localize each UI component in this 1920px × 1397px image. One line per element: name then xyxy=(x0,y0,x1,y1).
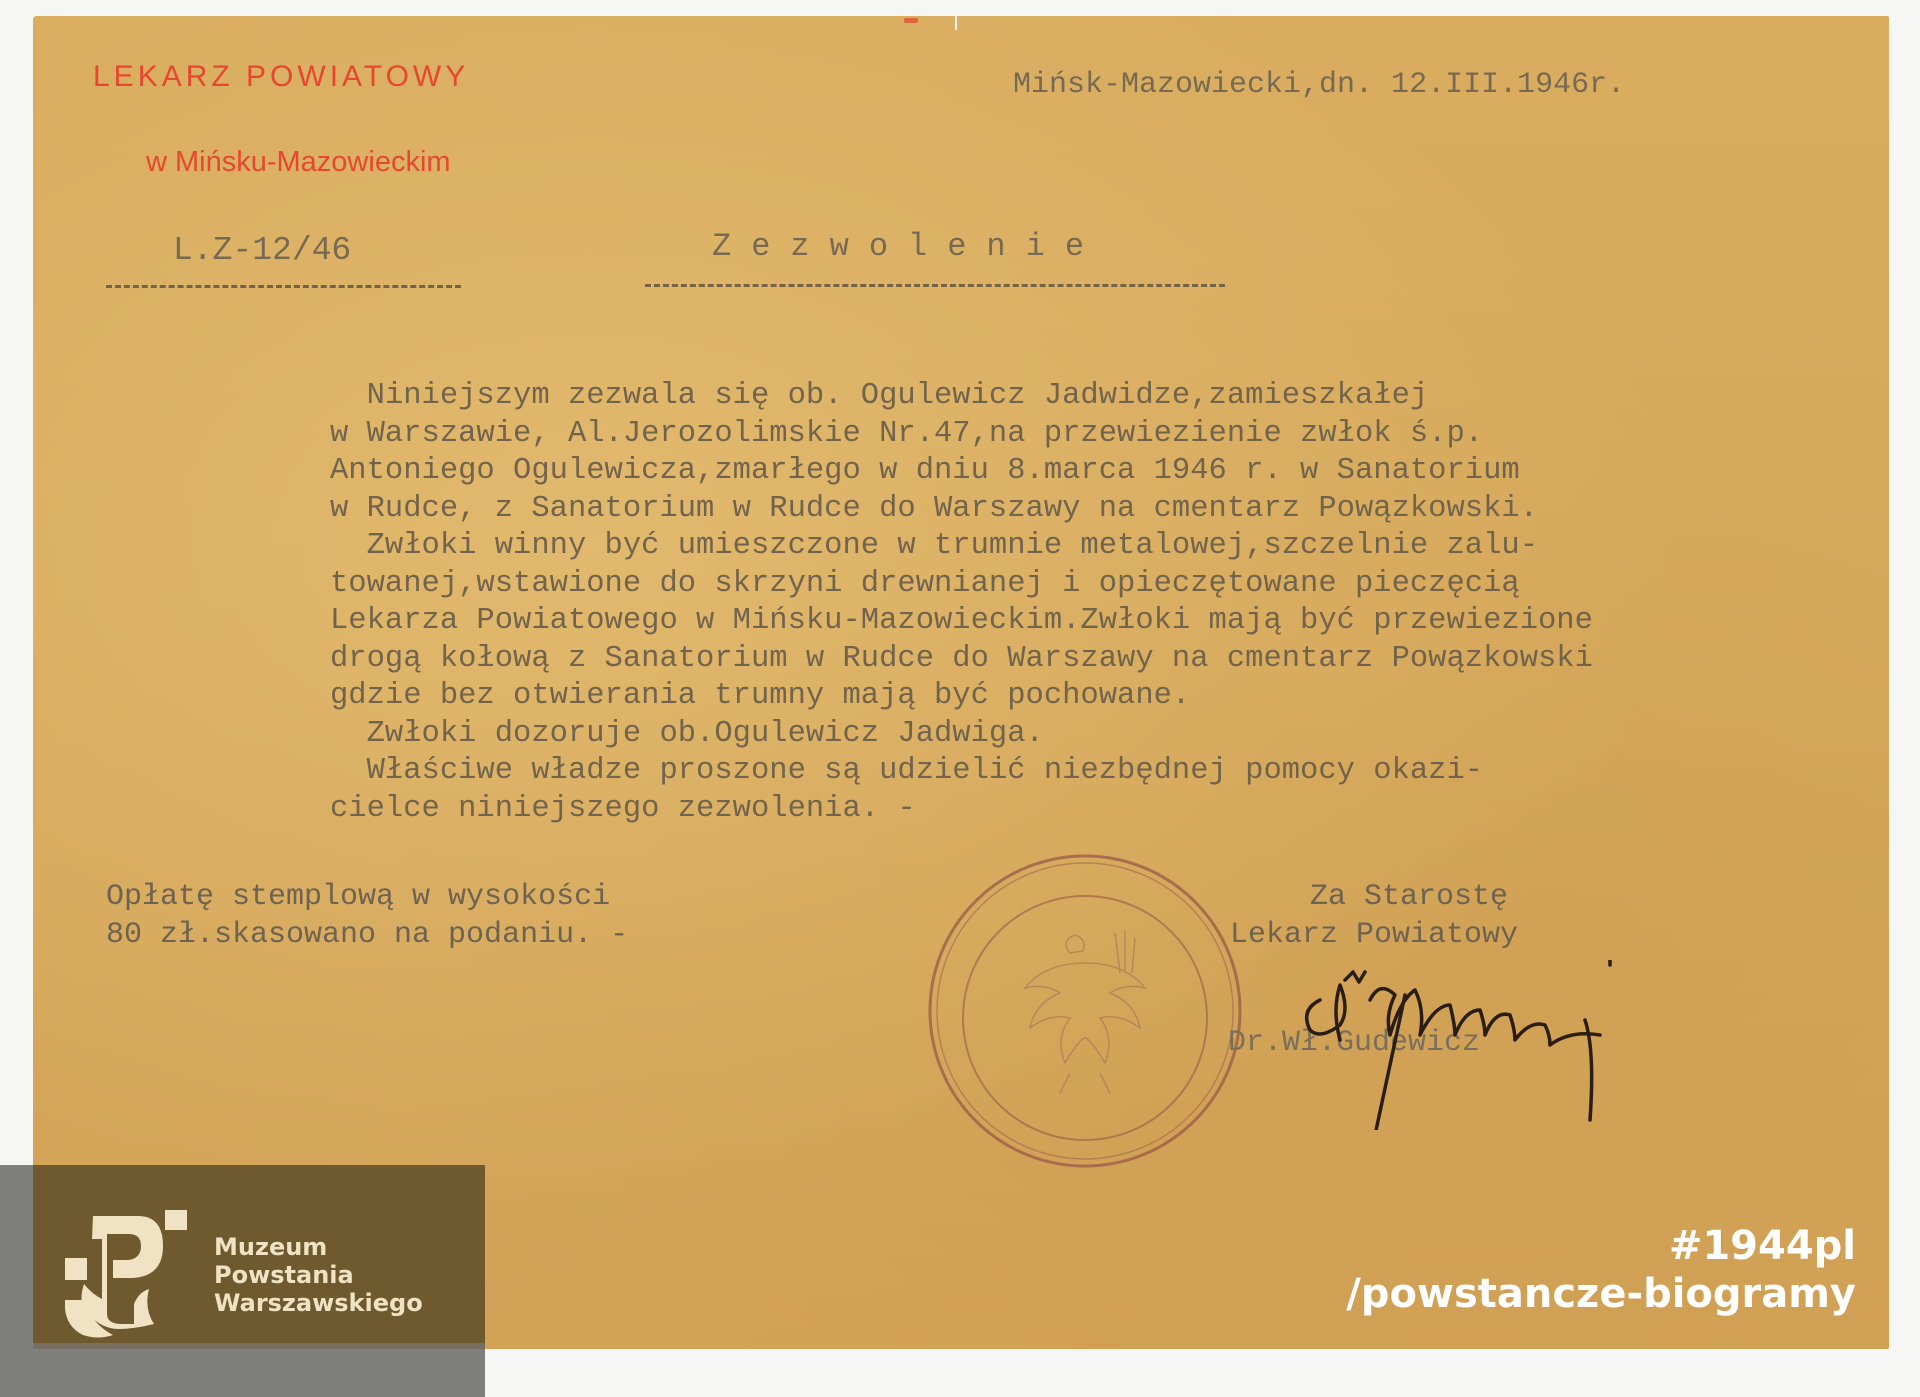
body-line: cielce niniejszego zezwolenia. - xyxy=(330,791,1890,829)
reference-number: L.Z-12/46 xyxy=(173,232,351,269)
museum-name-line: Muzeum xyxy=(214,1233,423,1261)
museum-name-line: Warszawskiego xyxy=(214,1289,423,1317)
signature-line: Lekarz Powiatowy xyxy=(1230,916,1518,954)
kotwica-logo-icon xyxy=(65,1210,195,1340)
reference-underline xyxy=(106,285,461,288)
body-line: Zwłoki dozoruje ob.Ogulewicz Jadwiga. xyxy=(330,716,1890,754)
body-line: towanej,wstawione do skrzyni drewnianej … xyxy=(330,566,1890,604)
fee-note-line: 80 zł.skasowano na podaniu. - xyxy=(106,916,628,954)
official-seal-icon xyxy=(920,843,1250,1173)
hashtag-text: #1944pl xyxy=(1346,1222,1856,1270)
red-ink-mark xyxy=(904,18,918,23)
body-line: w Rudce, z Sanatorium w Rudce do Warszaw… xyxy=(330,491,1890,529)
document-title: Zezwolenie xyxy=(712,228,1104,265)
body-line: Zwłoki winny być umieszczone w trumnie m… xyxy=(330,528,1890,566)
body-line: Niniejszym zezwala się ob. Ogulewicz Jad… xyxy=(330,378,1890,416)
museum-name-line: Powstania xyxy=(214,1261,423,1289)
path-text: /powstancze-biogramy xyxy=(1346,1270,1856,1318)
paper-notch xyxy=(955,16,957,30)
body-line: Lekarza Powiatowego w Mińsku-Mazowieckim… xyxy=(330,603,1890,641)
body-line: Antoniego Ogulewicza,zmarłego w dniu 8.m… xyxy=(330,453,1890,491)
document-body: Niniejszym zezwala się ob. Ogulewicz Jad… xyxy=(330,378,1890,828)
body-line: Właściwe władze proszone są udzielić nie… xyxy=(330,753,1890,791)
body-line: gdzie bez otwierania trumny mają być poc… xyxy=(330,678,1890,716)
handwritten-signature-icon xyxy=(1300,960,1720,1130)
museum-name: MuzeumPowstaniaWarszawskiego xyxy=(214,1233,423,1317)
watermark-tag: #1944pl/powstancze-biogramy xyxy=(1346,1222,1856,1318)
title-underline xyxy=(645,284,1225,287)
signature-line: Za Starostę xyxy=(1230,878,1518,916)
fee-note-line: Opłatę stemplową w wysokości xyxy=(106,878,628,916)
fee-note: Opłatę stemplową w wysokości80 zł.skasow… xyxy=(106,878,628,954)
signature-block: Za StarostęLekarz Powiatowy xyxy=(1230,878,1518,954)
letterhead-stamp-title: LEKARZ POWIATOWY xyxy=(93,60,469,94)
letterhead-stamp-subtitle: w Mińsku-Mazowieckim xyxy=(146,146,451,179)
place-date: Mińsk-Mazowiecki,dn. 12.III.1946r. xyxy=(1013,68,1625,102)
body-line: drogą kołową z Sanatorium w Rudce do War… xyxy=(330,641,1890,679)
body-line: w Warszawie, Al.Jerozolimskie Nr.47,na p… xyxy=(330,416,1890,454)
